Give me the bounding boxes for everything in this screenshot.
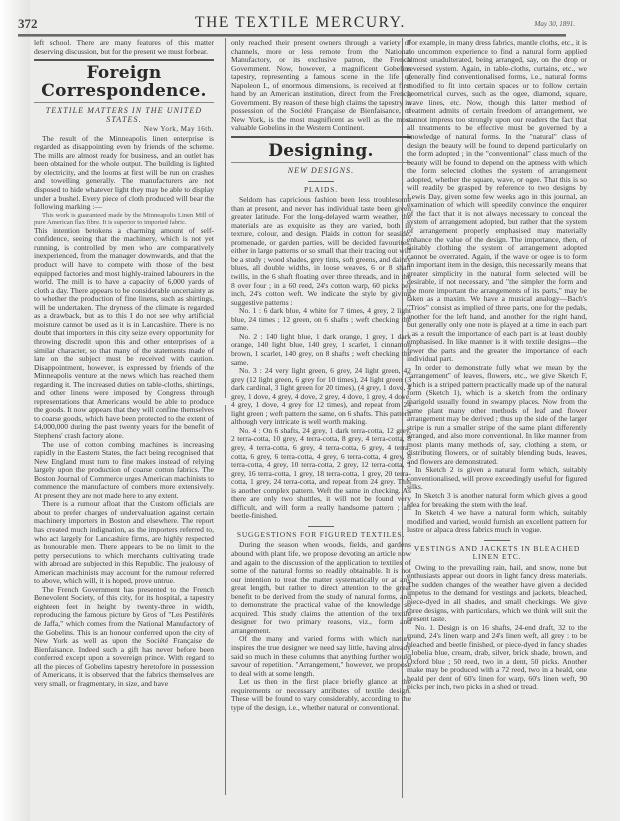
blockquote-marking: This work is guaranteed made by the Minn…: [34, 212, 214, 227]
issue-date: May 30, 1891.: [535, 20, 575, 28]
paragraph: In Sketch 2 is given a natural form whic…: [407, 466, 587, 492]
column-divider-1: [225, 38, 226, 398]
page-margin-left: [0, 0, 30, 821]
paragraph: This intention betokens a charming amoun…: [34, 227, 214, 441]
paragraph: In Sketch 3 is another natural form whic…: [407, 492, 587, 509]
subhead-figured-textiles: SUGGESTIONS FOR FIGURED TEXTILES.: [231, 531, 411, 540]
paragraph: Owing to the prevailing rain, hail, and …: [407, 564, 587, 624]
paragraph: The use of cotton combing machines is in…: [34, 441, 214, 501]
section-title-designing: Designing.: [231, 142, 411, 160]
page-header: 372 THE TEXTILE MERCURY. May 30, 1891.: [18, 14, 583, 36]
column-divider-1b: [225, 405, 226, 795]
paragraph: The result of the Minneapolis linen ente…: [34, 135, 214, 212]
paragraph: The French Government has presented to t…: [34, 586, 214, 689]
article-dateline: New York, May 16th.: [34, 125, 214, 134]
section-rule: [231, 136, 411, 138]
section-rule-thin: [231, 162, 411, 163]
design-no-1: No. 1. Design is on 16 shafts, 24-end dr…: [407, 624, 587, 692]
section-title-correspondence: Correspondence.: [34, 82, 214, 100]
paragraph: In Sketch 4 we have a natural form which…: [407, 509, 587, 535]
paragraph: There is a rumour afloat that the Custom…: [34, 500, 214, 585]
column-1-intro-tail: left school. There are many features of …: [34, 39, 214, 56]
publication-title: THE TEXTILE MERCURY.: [18, 14, 583, 32]
column-2-intro-tail: only reached their present owners throug…: [231, 39, 411, 133]
column-3: For example, in many dress fabrics, mant…: [407, 39, 587, 692]
header-rule-thin: [18, 36, 566, 37]
article-title-new-designs: NEW DESIGNS.: [231, 167, 411, 176]
paragraph: In order to demonstrate fully what we me…: [407, 364, 587, 467]
pattern-no-3: No. 3 : 24 very light green, 6 grey, 24 …: [231, 367, 411, 427]
paragraph: Seldom has capricious fashion been less …: [231, 196, 411, 307]
paragraph: Of the many and varied forms with which …: [231, 635, 411, 678]
page-margin-right: [620, 0, 633, 821]
pattern-no-4: No. 4 : On 6 shafts, 24 grey, 1 dark ter…: [231, 427, 411, 521]
section-rule-thin: [34, 102, 214, 103]
column-1: left school. There are many features of …: [34, 39, 214, 688]
column-2: only reached their present owners throug…: [231, 39, 411, 712]
subhead-vestings: VESTINGS AND JACKETS IN BLEACHED LINEN E…: [407, 545, 587, 562]
paragraph: Let us then in the first place briefly g…: [231, 678, 411, 712]
pattern-no-2: No. 2 : 140 light blue, 1 dark orange, 1…: [231, 333, 411, 367]
paragraph: During the season when woods, fields, an…: [231, 541, 411, 635]
section-rule: [34, 59, 214, 61]
short-rule: [308, 181, 334, 182]
subhead-plaids: PLAIDS.: [231, 186, 411, 195]
section-title-foreign: Foreign: [34, 64, 214, 82]
pattern-no-1: No. 1 : 6 dark blue, 4 white for 7 times…: [231, 307, 411, 333]
paragraph: For example, in many dress fabrics, mant…: [407, 39, 587, 364]
article-title-textile-matters: TEXTILE MATTERS IN THE UNITED STATES.: [34, 107, 214, 124]
short-rule: [308, 526, 334, 527]
short-rule: [484, 540, 510, 541]
